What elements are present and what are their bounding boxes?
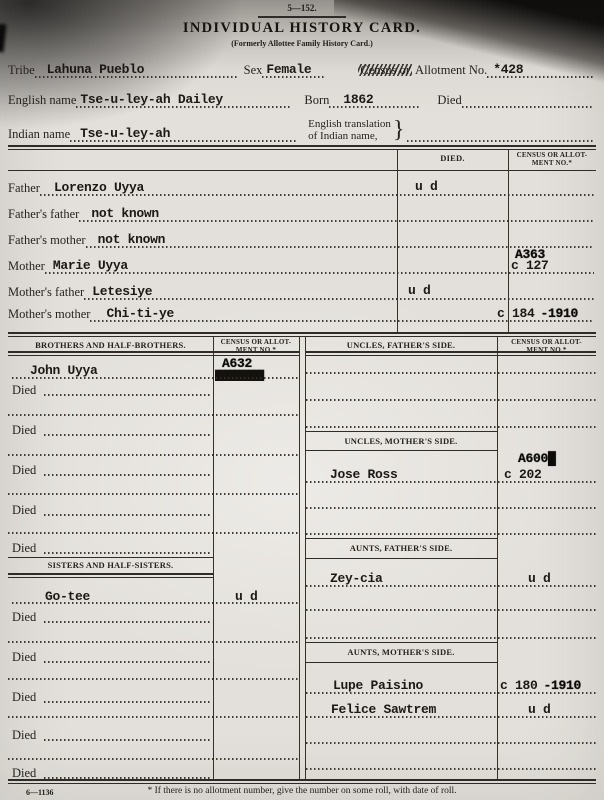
dotted-line bbox=[8, 678, 298, 680]
dotted-line bbox=[8, 532, 298, 534]
dotted-line bbox=[44, 394, 212, 396]
uncles-father-header: UNCLES, FATHER'S SIDE. bbox=[305, 341, 497, 350]
dotted-line bbox=[44, 434, 212, 436]
tribe-row: Tribe Lahuna Pueblo Sex Female Census or… bbox=[8, 60, 594, 78]
brother-name: John Uyya bbox=[30, 364, 98, 377]
mothers-father-died-value: u d bbox=[408, 284, 431, 297]
dotted-line bbox=[306, 533, 596, 535]
dotted-line bbox=[8, 641, 298, 643]
allotment-label: Allotment No. bbox=[415, 63, 487, 77]
died-row-label: Died bbox=[12, 650, 36, 665]
fathers-father-label: Father's father bbox=[8, 207, 79, 221]
allotment-line: *428 bbox=[487, 60, 594, 78]
fathers-father-line: not known bbox=[79, 205, 594, 222]
mothers-mother-name: Chi-ti-ye bbox=[90, 307, 174, 320]
indian-name-value: Tse-u-ley-ah bbox=[70, 127, 170, 140]
fathers-father-name: not known bbox=[79, 207, 159, 220]
tribe-label: Tribe bbox=[8, 63, 35, 77]
died-label: Died bbox=[437, 93, 461, 107]
father-died-value: u d bbox=[415, 180, 438, 193]
dotted-line bbox=[12, 377, 298, 379]
mother-name: Marie Uyya bbox=[45, 259, 128, 272]
fathers-mother-name: not known bbox=[86, 233, 166, 246]
mother-census-value: c 127 bbox=[511, 259, 549, 272]
translation-label-line1: English translation bbox=[308, 119, 391, 131]
dotted-line bbox=[306, 637, 596, 639]
father-name: Lorenzo Uyya bbox=[40, 181, 144, 194]
rule bbox=[8, 577, 213, 578]
died-column-header: DIED. bbox=[397, 154, 508, 163]
census-number: c 184 bbox=[497, 306, 535, 321]
rule bbox=[305, 450, 497, 451]
aunt-mother-census-value: c 180-1910 bbox=[500, 679, 581, 692]
column-divider bbox=[213, 336, 214, 780]
allotment-value: *428 bbox=[487, 63, 523, 76]
indian-name-row: Indian name Tse-u-ley-ah English transla… bbox=[8, 112, 594, 142]
mothers-mother-label: Mother's mother bbox=[8, 307, 90, 321]
rule bbox=[8, 783, 596, 784]
english-name-label: English name bbox=[8, 93, 76, 107]
census-roll-year: -1910 bbox=[541, 306, 579, 321]
born-value: 1862 bbox=[329, 93, 373, 106]
dotted-line bbox=[306, 692, 596, 694]
brothers-header: BROTHERS AND HALF-BROTHERS. bbox=[8, 341, 213, 350]
brother-census-upper: A632 bbox=[222, 357, 252, 370]
fathers-mother-line: not known bbox=[86, 231, 594, 248]
title-rule bbox=[258, 16, 346, 18]
dotted-line bbox=[306, 507, 596, 509]
form-number: 5—152. bbox=[0, 3, 604, 13]
born-label: Born bbox=[304, 93, 329, 107]
uncle-census-value: c 202 bbox=[504, 468, 542, 481]
footnote: * If there is no allotment number, give … bbox=[0, 786, 604, 796]
scan-shadow-top-right bbox=[334, 0, 604, 100]
dotted-line bbox=[306, 609, 596, 611]
dotted-line bbox=[306, 372, 596, 374]
individual-history-card-scan: 5—152. INDIVIDUAL HISTORY CARD. (Formerl… bbox=[0, 0, 604, 800]
translation-label-line2: of Indian name, bbox=[308, 131, 391, 143]
aunt-mother-name: Lupe Paisino bbox=[333, 679, 423, 692]
died-row-label: Died bbox=[12, 423, 36, 438]
dotted-line bbox=[8, 493, 298, 495]
dotted-line bbox=[8, 716, 298, 718]
sex-label: Sex bbox=[244, 63, 263, 77]
english-name-value: Tse-u-ley-ah Dailey bbox=[76, 93, 223, 106]
translation-line bbox=[407, 124, 594, 142]
dotted-line bbox=[44, 514, 212, 516]
rule bbox=[305, 538, 497, 539]
rule bbox=[8, 557, 213, 558]
died-row-label: Died bbox=[12, 463, 36, 478]
died-line bbox=[462, 90, 594, 108]
mothers-father-line: Letesiye bbox=[84, 283, 594, 300]
aunt-father-census-value: u d bbox=[528, 572, 551, 585]
died-row-label: Died bbox=[12, 503, 36, 518]
mothers-father-row: Mother's father Letesiye u d bbox=[8, 283, 594, 300]
brace-glyph: } bbox=[393, 118, 405, 142]
english-name-line: Tse-u-ley-ah Dailey bbox=[76, 90, 290, 108]
fathers-father-row: Father's father not known bbox=[8, 205, 594, 222]
column-divider bbox=[299, 336, 300, 780]
rule bbox=[8, 351, 299, 353]
indian-name-line: Tse-u-ley-ah bbox=[70, 124, 298, 142]
dotted-line bbox=[44, 739, 212, 741]
dotted-line bbox=[306, 768, 596, 770]
dotted-line bbox=[8, 414, 298, 416]
father-label: Father bbox=[8, 181, 40, 195]
dotted-line bbox=[306, 426, 596, 428]
rule bbox=[305, 355, 596, 356]
mother-row: Mother Marie Uyya A363 c 127 bbox=[8, 257, 594, 274]
mothers-father-name: Letesiye bbox=[84, 285, 152, 298]
died-row-label: Died bbox=[12, 541, 36, 556]
rule bbox=[8, 170, 596, 171]
aunt-mother-census-value: u d bbox=[528, 703, 551, 716]
sisters-header: SISTERS AND HALF-SISTERS. bbox=[8, 561, 213, 570]
aunts-father-header: AUNTS, FATHER'S SIDE. bbox=[305, 544, 497, 553]
dotted-line bbox=[44, 661, 212, 663]
english-name-row: English name Tse-u-ley-ah Dailey Born 18… bbox=[8, 90, 594, 108]
indian-name-label: Indian name bbox=[8, 127, 70, 141]
rule bbox=[305, 351, 596, 353]
rule bbox=[8, 336, 596, 337]
sex-value: Female bbox=[262, 63, 311, 76]
translation-label: English translation of Indian name, bbox=[308, 119, 391, 142]
father-line: Lorenzo Uyya bbox=[40, 179, 594, 196]
rule bbox=[305, 642, 497, 643]
born-line: 1862 bbox=[329, 90, 421, 108]
dotted-line bbox=[44, 474, 212, 476]
column-divider bbox=[497, 336, 498, 780]
dotted-line bbox=[306, 742, 596, 744]
mother-label: Mother bbox=[8, 259, 45, 273]
dotted-line bbox=[306, 716, 596, 718]
died-row-label: Died bbox=[12, 610, 36, 625]
fathers-mother-row: Father's mother not known bbox=[8, 231, 594, 248]
dotted-line bbox=[8, 454, 298, 456]
mothers-mother-census-value: c 184-1910 bbox=[497, 307, 578, 320]
census-number: c 180 bbox=[500, 678, 538, 693]
dotted-line bbox=[12, 602, 298, 604]
rule bbox=[305, 558, 497, 559]
dotted-line bbox=[306, 399, 596, 401]
uncle-name: Jose Ross bbox=[330, 468, 398, 481]
died-row-label: Died bbox=[12, 728, 36, 743]
dotted-line bbox=[44, 701, 212, 703]
dotted-line bbox=[44, 552, 212, 554]
uncles-mother-header: UNCLES, MOTHER'S SIDE. bbox=[305, 437, 497, 446]
census-column-header: CENSUS OR ALLOT- MENT NO.* bbox=[508, 152, 596, 167]
card-subtitle: (Formerly Allottee Family History Card.) bbox=[0, 39, 604, 48]
dotted-line bbox=[44, 621, 212, 623]
census-column-header-line2: MENT NO.* bbox=[508, 160, 596, 168]
fathers-mother-label: Father's mother bbox=[8, 233, 86, 247]
sex-line: Female bbox=[262, 60, 326, 78]
rule bbox=[8, 779, 596, 781]
mothers-mother-row: Mother's mother Chi-ti-ye c 184-1910 bbox=[8, 305, 594, 322]
tribe-value: Lahuna Pueblo bbox=[35, 63, 145, 76]
died-row-label: Died bbox=[12, 690, 36, 705]
died-row-label: Died bbox=[12, 383, 36, 398]
aunt-father-name: Zey-cia bbox=[330, 572, 383, 585]
rule bbox=[8, 145, 596, 147]
dotted-line bbox=[8, 758, 298, 760]
dotted-line bbox=[306, 481, 596, 483]
card-title: INDIVIDUAL HISTORY CARD. bbox=[0, 20, 604, 37]
dotted-line bbox=[306, 585, 596, 587]
tribe-line: Lahuna Pueblo bbox=[35, 60, 237, 78]
aunts-mother-header: AUNTS, MOTHER'S SIDE. bbox=[305, 648, 497, 657]
uncle-census-upper: A600█ bbox=[518, 452, 556, 465]
census-or-struck-label: Census or bbox=[360, 63, 410, 77]
census-roll-year: -1910 bbox=[544, 678, 582, 693]
mothers-father-label: Mother's father bbox=[8, 285, 84, 299]
rule bbox=[8, 355, 299, 356]
father-row: Father Lorenzo Uyya u d bbox=[8, 179, 594, 196]
rule bbox=[8, 573, 213, 575]
rule bbox=[305, 662, 497, 663]
rule bbox=[8, 332, 596, 334]
aunt-mother-name: Felice Sawtrem bbox=[331, 703, 436, 716]
rule bbox=[305, 431, 497, 432]
